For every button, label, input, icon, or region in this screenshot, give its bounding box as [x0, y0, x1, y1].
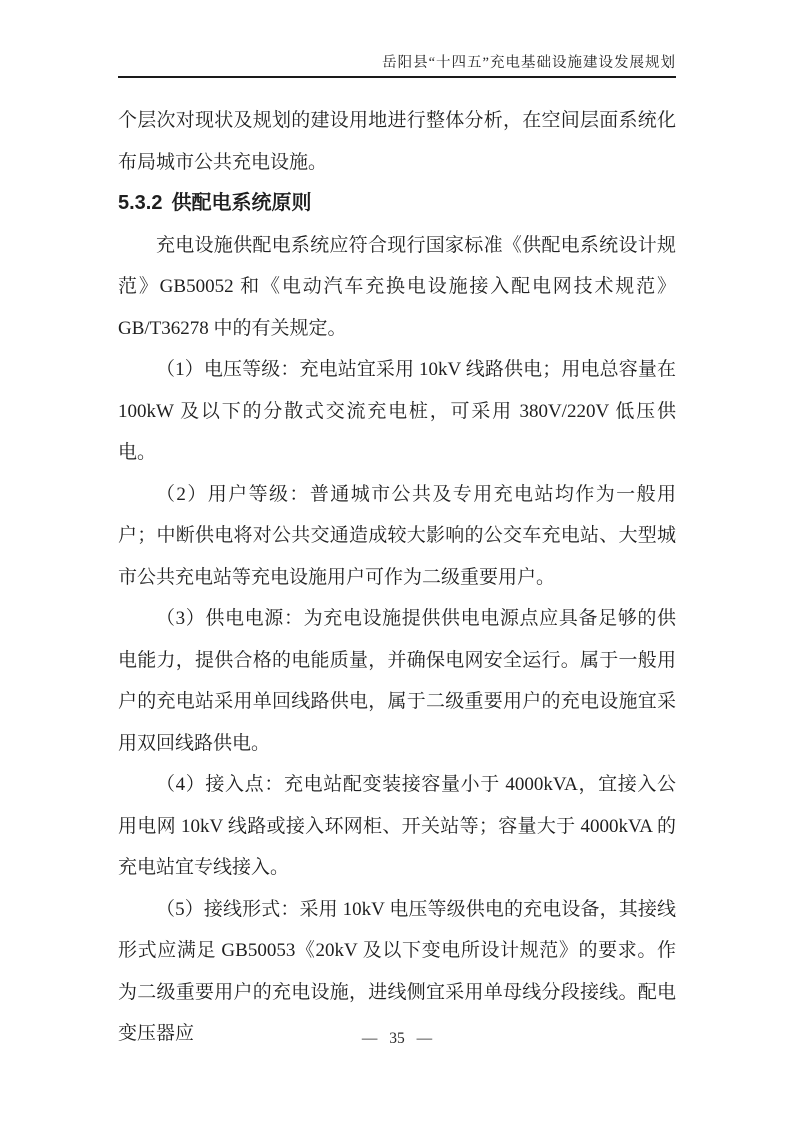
- para-voltage-level: （1）电压等级：充电站宜采用 10kV 线路供电；用电总容量在 100kW 及以…: [118, 349, 676, 474]
- document-page: 岳阳县“十四五”充电基础设施建设发展规划 个层次对现状及规划的建设用地进行整体分…: [0, 0, 794, 1122]
- para-standards: 充电设施供配电系统应符合现行国家标准《供配电系统设计规范》GB50052 和《电…: [118, 225, 676, 350]
- page-footer: — 35 —: [0, 1030, 794, 1048]
- para-user-level: （2）用户等级：普通城市公共及专用充电站均作为一般用户；中断供电将对公共交通造成…: [118, 474, 676, 599]
- section-number: 5.3.2: [118, 192, 162, 214]
- page-body: 个层次对现状及规划的建设用地进行整体分析，在空间层面系统化布局城市公共充电设施。…: [118, 100, 676, 1055]
- page-header: 岳阳县“十四五”充电基础设施建设发展规划: [118, 0, 676, 78]
- section-title: 供配电系统原则: [171, 192, 311, 214]
- section-heading: 5.3.2供配电系统原则: [118, 183, 676, 225]
- para-power-source: （3）供电电源：为充电设施提供供电电源点应具备足够的供电能力，提供合格的电能质量…: [118, 598, 676, 764]
- intro-paragraph: 个层次对现状及规划的建设用地进行整体分析，在空间层面系统化布局城市公共充电设施。: [118, 100, 676, 183]
- page-number: — 35 —: [362, 1030, 432, 1047]
- para-access-point: （4）接入点：充电站配变装接容量小于 4000kVA，宜接入公用电网 10kV …: [118, 764, 676, 889]
- running-title: 岳阳县“十四五”充电基础设施建设发展规划: [382, 51, 676, 76]
